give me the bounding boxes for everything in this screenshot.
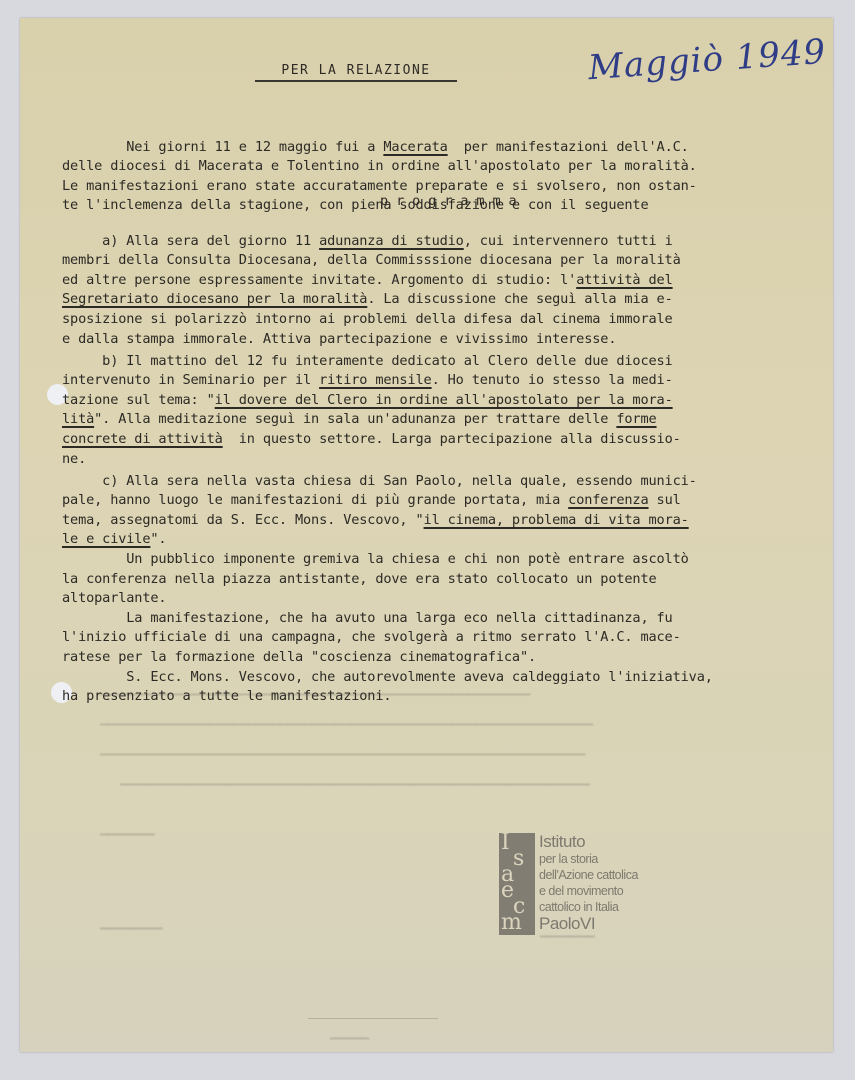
underline-forme-cont: concrete di attività <box>62 431 223 447</box>
document-title: PER LA RELAZIONE <box>255 63 457 82</box>
section-a-line: membri della Consulta Diocesana, della C… <box>62 252 681 268</box>
section-a-line: a) Alla sera del giorno 11 adunanza di s… <box>62 233 673 249</box>
underline-dovere-cont: lità <box>62 411 94 427</box>
section-a-line: ed altre persone espressamente invitate.… <box>62 272 673 288</box>
section-b: b) Il mattino del 12 fu interamente dedi… <box>62 332 812 469</box>
underline-cinema: il cinema, problema di vita mora- <box>424 512 689 528</box>
underline-attivita: attività del <box>576 272 672 288</box>
section-c-line: ratese per la formazione della "coscienz… <box>62 649 536 665</box>
section-c-line: altoparlante. <box>62 590 166 606</box>
section-b-line: concrete di attività in questo settore. … <box>62 431 681 447</box>
bleed-through-text: ━━━━━━━━━━━━━━━━━━━━━━━━━━━━━━━━━━━━━━━━… <box>100 746 585 761</box>
isacem-watermark-logo: I s a e c m Istituto per la storia dell'… <box>499 833 659 937</box>
section-c-line: la conferenza nella piazza antistante, d… <box>62 571 657 587</box>
logo-line: dell'Azione cattolica <box>539 867 638 883</box>
section-a: a) Alla sera del giorno 11 adunanza di s… <box>62 212 812 349</box>
underline-dovere: il dovere del Clero in ordine all'aposto… <box>215 392 673 408</box>
section-b-line: lità". Alla meditazione seguì in sala un… <box>62 411 657 427</box>
intro-line: delle diocesi di Macerata e Tolentino in… <box>62 158 697 174</box>
underline-cinema-cont: le e civile <box>62 531 150 547</box>
programma-heading: p r o g r a m m a <box>380 192 580 212</box>
intro-line: Nei giorni 11 e 12 maggio fui a Macerata… <box>62 139 689 155</box>
underline-ritiro: ritiro mensile <box>319 372 431 388</box>
section-c-line: S. Ecc. Mons. Vescovo, che autorevolment… <box>62 669 713 685</box>
logo-monogram: I s a e c m <box>499 833 535 935</box>
section-b-line: intervenuto in Seminario per il ritiro m… <box>62 372 673 388</box>
logo-line: e del movimento <box>539 883 638 899</box>
section-a-line: sposizione si polarizzò intorno ai probl… <box>62 311 673 327</box>
section-c-line: Un pubblico imponente gremiva la chiesa … <box>62 551 689 567</box>
underline-conferenza: conferenza <box>568 492 648 508</box>
section-c-line: tema, assegnatomi da S. Ecc. Mons. Vesco… <box>62 512 689 528</box>
logo-text: Istituto per la storia dell'Azione catto… <box>539 833 638 933</box>
underline-forme: forme <box>616 411 656 427</box>
logo-line: PaoloVI <box>539 915 638 933</box>
underline-macerata: Macerata <box>383 139 447 155</box>
bleed-through-text: ━━━━━ <box>330 1030 369 1045</box>
logo-line: Istituto <box>539 833 638 851</box>
bleed-through-text: ━━━━━━━ <box>100 826 155 841</box>
section-c-line: l'inizio ufficiale di una campagna, che … <box>62 629 681 645</box>
underline-segretariato: Segretariato diocesano per la moralità <box>62 291 367 307</box>
section-b-line: b) Il mattino del 12 fu interamente dedi… <box>62 353 673 369</box>
section-b-line: tazione sul tema: "il dovere del Clero i… <box>62 392 673 408</box>
logo-line: cattolico in Italia <box>539 899 638 915</box>
bleed-through-text: ━━━━━━━━━━━━━━━━━━━━━━━━━━━━━━━━━━━━━━━━… <box>100 686 530 701</box>
section-a-line: Segretariato diocesano per la moralità. … <box>62 291 673 307</box>
logo-letter: m <box>499 913 535 933</box>
section-c-line: La manifestazione, che ha avuto una larg… <box>62 610 673 626</box>
logo-line: per la storia <box>539 851 638 867</box>
section-c-line: le e civile". <box>62 531 166 547</box>
bleed-through-text: ━━━━━━━━ <box>100 920 163 935</box>
bleed-through-text: ━━━━━━━━━━━━━━━━━━━━━━━━━━━━━━━━━━━━━━━━… <box>120 776 590 791</box>
section-c-line: pale, hanno luogo le manifestazioni di p… <box>62 492 681 508</box>
bleed-through-rule <box>308 1018 438 1019</box>
section-c-line: c) Alla sera nella vasta chiesa di San P… <box>62 473 697 489</box>
section-c: c) Alla sera nella vasta chiesa di San P… <box>62 452 812 707</box>
underline-adunanza: adunanza di studio <box>319 233 464 249</box>
bleed-through-text: ━━━━━━━━━━━━━━━━━━━━━━━━━━━━━━━━━━━━━━━━… <box>100 716 593 731</box>
